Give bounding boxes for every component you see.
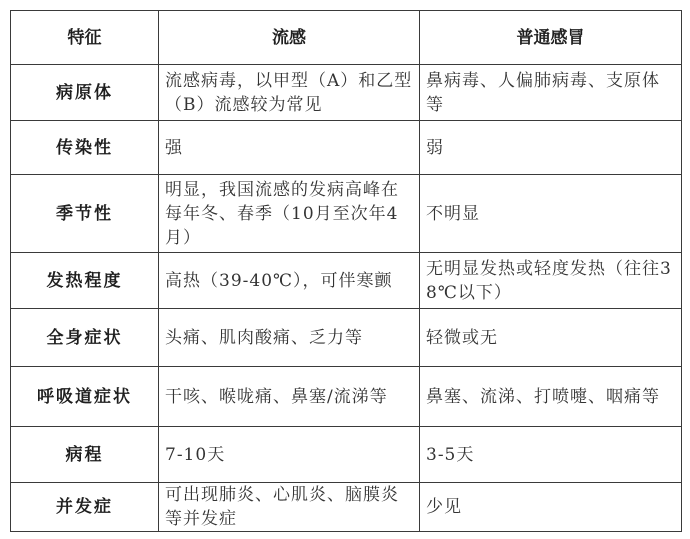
cold-value: 轻微或无 [420,309,682,367]
row-label: 季节性 [11,175,159,253]
flu-value: 可出现肺炎、心肌炎、脑膜炎等并发症 [159,483,420,532]
cold-value: 弱 [420,121,682,175]
table-header-row: 特征 流感 普通感冒 [11,11,682,65]
row-label: 传染性 [11,121,159,175]
table-row-systemic-symptoms: 全身症状 头痛、肌肉酸痛、乏力等 轻微或无 [11,309,682,367]
table-row-respiratory-symptoms: 呼吸道症状 干咳、喉咙痛、鼻塞/流涕等 鼻塞、流涕、打喷嚏、咽痛等 [11,367,682,427]
table-row-duration: 病程 7-10天 3-5天 [11,427,682,483]
flu-value: 强 [159,121,420,175]
row-label: 并发症 [11,483,159,532]
flu-value: 流感病毒，以甲型（A）和乙型（B）流感较为常见 [159,65,420,121]
row-label: 全身症状 [11,309,159,367]
table-row-complications: 并发症 可出现肺炎、心肌炎、脑膜炎等并发症 少见 [11,483,682,532]
row-label: 呼吸道症状 [11,367,159,427]
flu-vs-cold-comparison-table: 特征 流感 普通感冒 病原体 流感病毒，以甲型（A）和乙型（B）流感较为常见 鼻… [10,10,682,532]
row-label: 病程 [11,427,159,483]
table-row-fever: 发热程度 高热（39-40℃），可伴寒颤 无明显发热或轻度发热（往往38℃以下） [11,253,682,309]
table-row-pathogen: 病原体 流感病毒，以甲型（A）和乙型（B）流感较为常见 鼻病毒、人偏肺病毒、支原… [11,65,682,121]
header-flu: 流感 [159,11,420,65]
row-label: 病原体 [11,65,159,121]
flu-value: 7-10天 [159,427,420,483]
flu-value: 高热（39-40℃），可伴寒颤 [159,253,420,309]
cold-value: 鼻病毒、人偏肺病毒、支原体等 [420,65,682,121]
flu-value: 干咳、喉咙痛、鼻塞/流涕等 [159,367,420,427]
cold-value: 无明显发热或轻度发热（往往38℃以下） [420,253,682,309]
cold-value: 3-5天 [420,427,682,483]
cold-value: 鼻塞、流涕、打喷嚏、咽痛等 [420,367,682,427]
row-label: 发热程度 [11,253,159,309]
table-row-contagiousness: 传染性 强 弱 [11,121,682,175]
flu-value: 头痛、肌肉酸痛、乏力等 [159,309,420,367]
cold-value: 不明显 [420,175,682,253]
flu-value: 明显，我国流感的发病高峰在每年冬、春季（10月至次年4月） [159,175,420,253]
cold-value: 少见 [420,483,682,532]
header-common-cold: 普通感冒 [420,11,682,65]
header-feature: 特征 [11,11,159,65]
table-row-seasonality: 季节性 明显，我国流感的发病高峰在每年冬、春季（10月至次年4月） 不明显 [11,175,682,253]
